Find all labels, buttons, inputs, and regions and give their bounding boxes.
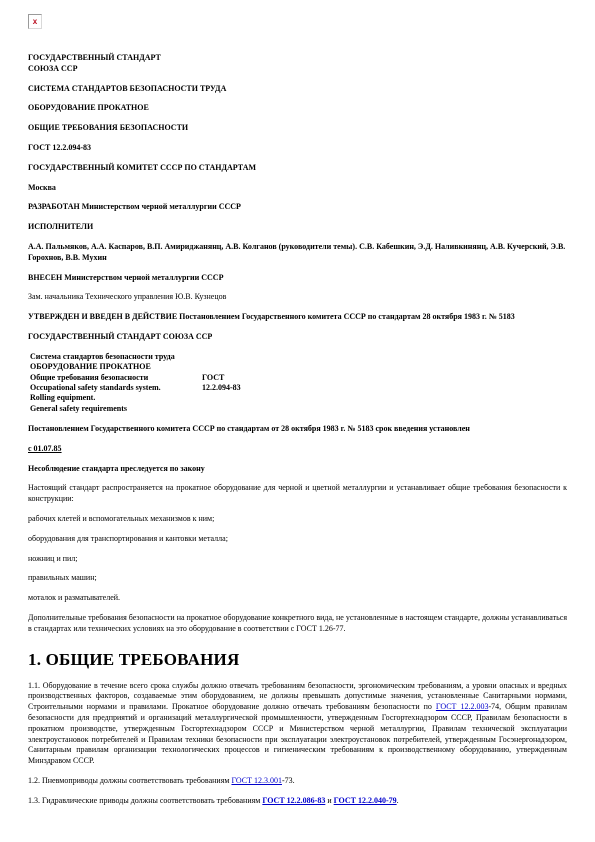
requirements-title: ОБЩИЕ ТРЕБОВАНИЯ БЕЗОПАСНОСТИ <box>28 123 567 134</box>
scope-item-4: правильных машин; <box>28 573 567 584</box>
p13-text-pre: 1.3. Гидравлические приводы должны соотв… <box>28 796 262 805</box>
city-line: Москва <box>28 183 567 194</box>
paragraph-1-1: 1.1. Оборудование в течение всего срока … <box>28 681 567 767</box>
title-en-requirements: General safety requirements <box>30 404 202 414</box>
p13-text-mid: и <box>325 796 333 805</box>
title-ru-equipment: ОБОРУДОВАНИЕ ПРОКАТНОЕ <box>30 362 202 372</box>
title-en-equipment: Rolling equipment. <box>30 393 202 403</box>
title-block: Система стандартов безопасности труда ОБ… <box>30 352 567 414</box>
scope-additional: Дополнительные требования безопасности н… <box>28 613 567 635</box>
title-ru-requirements: Общие требования безопасности <box>30 373 202 383</box>
effective-date: с 01.07.85 <box>28 444 567 455</box>
ssbt-system-line: СИСТЕМА СТАНДАРТОВ БЕЗОПАСНОСТИ ТРУДА <box>28 84 567 95</box>
paragraph-1-3: 1.3. Гидравлические приводы должны соотв… <box>28 796 567 807</box>
deputy-line: Зам. начальника Технического управления … <box>28 292 567 303</box>
gost-12-2-040-link[interactable]: ГОСТ 12.2.040-79 <box>334 796 397 805</box>
p12-text-post: -73. <box>282 776 295 785</box>
law-note: Несоблюдение стандарта преследуется по з… <box>28 464 567 475</box>
p13-text-post: . <box>397 796 399 805</box>
p11-text-post: -74, Общим правилам безопасности для пре… <box>28 702 567 765</box>
p12-text-pre: 1.2. Пневмоприводы должны соответствоват… <box>28 776 231 785</box>
paragraph-1-2: 1.2. Пневмоприводы должны соответствоват… <box>28 776 567 787</box>
gost-12-3-001-link[interactable]: ГОСТ 12.3.001 <box>231 776 282 785</box>
gost-number: ГОСТ 12.2.094-83 <box>28 143 567 154</box>
scope-item-1: рабочих клетей и вспомогательных механиз… <box>28 514 567 525</box>
developed-by: РАЗРАБОТАН Министерством черной металлур… <box>28 202 567 213</box>
broken-image-x-glyph: x <box>33 18 37 26</box>
standard-masthead: ГОСУДАРСТВЕННЫЙ СТАНДАРТ СОЮЗА ССР <box>28 53 567 75</box>
submitted-by: ВНЕСЕН Министерством черной металлургии … <box>28 273 567 284</box>
scope-item-5: моталок и разматывателей. <box>28 593 567 604</box>
gost-12-2-003-link[interactable]: ГОСТ 12.2.003 <box>436 702 489 711</box>
scope-item-3: ножниц и пил; <box>28 554 567 565</box>
scope-item-2: оборудования для транспортирования и кан… <box>28 534 567 545</box>
title-en-system: Occupational safety standards system. <box>30 383 202 393</box>
executors-label: ИСПОЛНИТЕЛИ <box>28 222 567 233</box>
title-block-left: Система стандартов безопасности труда ОБ… <box>30 352 202 414</box>
approved-line: УТВЕРЖДЕН И ВВЕДЕН В ДЕЙСТВИЕ Постановле… <box>28 312 567 323</box>
scope-intro: Настоящий стандарт распространяется на п… <box>28 483 567 505</box>
equipment-title: ОБОРУДОВАНИЕ ПРОКАТНОЕ <box>28 103 567 114</box>
title-gost-value: 12.2.094-83 <box>202 383 241 393</box>
title-ru-system: Система стандартов безопасности труда <box>30 352 202 362</box>
masthead-line1: ГОСУДАРСТВЕННЫЙ СТАНДАРТ <box>28 53 567 64</box>
standard-header-repeat: ГОСУДАРСТВЕННЫЙ СТАНДАРТ СОЮЗА ССР <box>28 332 567 343</box>
resolution-text: Постановлением Государственного комитета… <box>28 424 567 435</box>
committee-line: ГОСУДАРСТВЕННЫЙ КОМИТЕТ СССР ПО СТАНДАРТ… <box>28 163 567 174</box>
title-block-right: ГОСТ 12.2.094-83 <box>202 352 241 414</box>
gost-12-2-086-link[interactable]: ГОСТ 12.2.086-83 <box>262 796 325 805</box>
executors-names: А.А. Пальмяков, А.А. Каспаров, В.П. Амир… <box>28 242 567 264</box>
broken-image-icon: x <box>28 14 42 29</box>
masthead-line2: СОЮЗА ССР <box>28 64 567 75</box>
title-gost-label: ГОСТ <box>202 373 241 383</box>
document-page: x ГОСУДАРСТВЕННЫЙ СТАНДАРТ СОЮЗА ССР СИС… <box>0 0 595 807</box>
section-1-heading: 1. ОБЩИЕ ТРЕБОВАНИЯ <box>28 650 567 670</box>
